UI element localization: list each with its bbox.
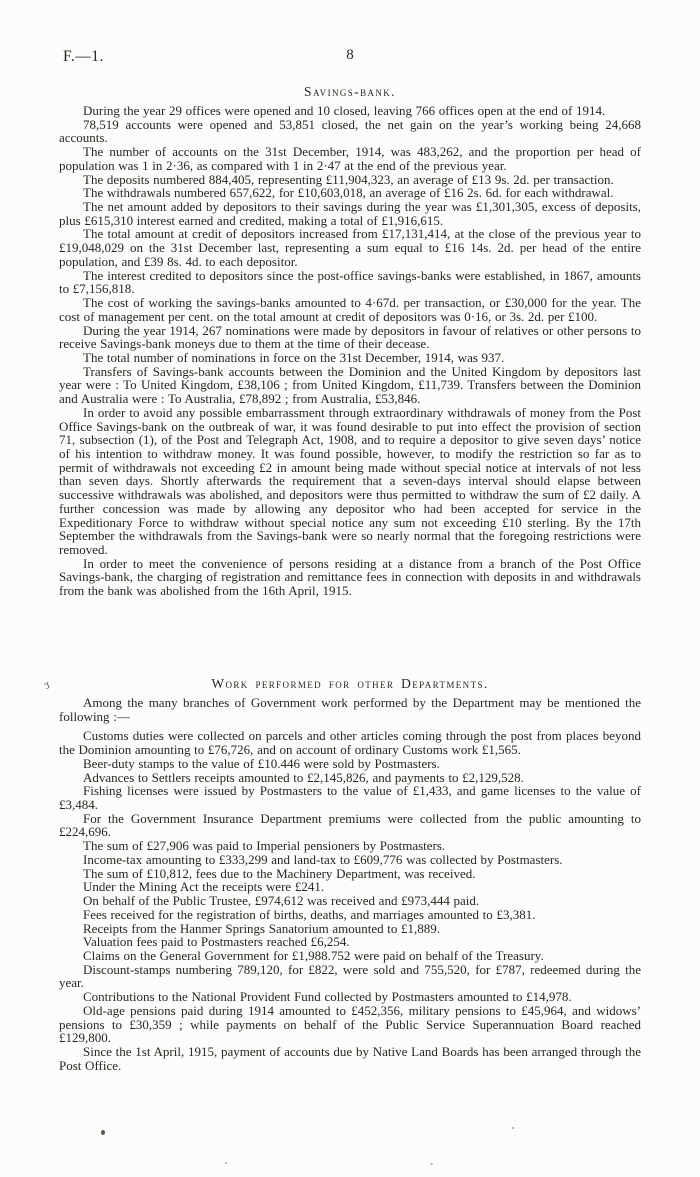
paragraph: The withdrawals numbered 657,622, for £1… — [59, 186, 641, 200]
scan-speck — [430, 1163, 433, 1165]
paragraph: In order to meet the convenience of pers… — [59, 557, 641, 598]
paragraph: In order to avoid any possible embarrass… — [59, 406, 641, 557]
paragraph: During the year 1914, 267 nominations we… — [59, 324, 641, 351]
paragraph: Customs duties were collected on parcels… — [59, 729, 641, 756]
paragraph: Income-tax amounting to £333,299 and lan… — [59, 853, 641, 867]
section-heading-savings-bank: Savings-bank. — [59, 85, 641, 99]
paragraph: Since the 1st April, 1915, payment of ac… — [59, 1045, 641, 1072]
scan-speck — [101, 1130, 105, 1135]
paragraph: The total amount at credit of depositors… — [59, 227, 641, 268]
paragraph: Contributions to the National Provident … — [59, 990, 641, 1004]
margin-ink-mark: ·ʒ — [42, 679, 49, 690]
department-work-paragraphs: Customs duties were collected on parcels… — [59, 729, 641, 1072]
section-savings-bank: Savings-bank. During the year 29 offices… — [59, 85, 641, 598]
intro-paragraph: Among the many branches of Government wo… — [59, 696, 641, 723]
savings-bank-paragraphs: During the year 29 offices were opened a… — [59, 104, 641, 598]
paragraph: The sum of £27,906 was paid to Imperial … — [59, 839, 641, 853]
paragraph: The interest credited to depositors sinc… — [59, 269, 641, 296]
paragraph: The total number of nominations in force… — [59, 351, 641, 365]
paragraph: Receipts from the Hanmer Springs Sanator… — [59, 922, 641, 936]
paragraph: The deposits numbered 884,405, represent… — [59, 173, 641, 187]
section-work-for-other-departments: Work performed for other Departments. Am… — [59, 677, 641, 1072]
paragraph: Claims on the General Government for £1,… — [59, 949, 641, 963]
paragraph: Discount-stamps numbering 789,120, for £… — [59, 963, 641, 990]
paragraph: For the Government Insurance Department … — [59, 812, 641, 839]
paragraph: Advances to Settlers receipts amounted t… — [59, 771, 641, 785]
paragraph: Under the Mining Act the receipts were £… — [59, 880, 641, 894]
page-number: 8 — [0, 47, 700, 64]
paragraph: Transfers of Savings-bank accounts betwe… — [59, 365, 641, 406]
paragraph: 78,519 accounts were opened and 53,851 c… — [59, 118, 641, 145]
section-heading-work-performed: Work performed for other Departments. — [59, 677, 641, 691]
scan-speck — [512, 1127, 514, 1129]
paragraph: Fishing licenses were issued by Postmast… — [59, 784, 641, 811]
paragraph: The sum of £10,812, fees due to the Mach… — [59, 867, 641, 881]
paragraph: During the year 29 offices were opened a… — [59, 104, 641, 118]
paragraph: The number of accounts on the 31st Decem… — [59, 145, 641, 172]
paragraph: The cost of working the savings-banks am… — [59, 296, 641, 323]
scan-speck — [225, 1162, 227, 1164]
paragraph: Beer-duty stamps to the value of £10.446… — [59, 757, 641, 771]
paragraph: On behalf of the Public Trustee, £974,61… — [59, 894, 641, 908]
paragraph: Valuation fees paid to Postmasters reach… — [59, 935, 641, 949]
paragraph: Fees received for the registration of bi… — [59, 908, 641, 922]
paragraph: The net amount added by depositors to th… — [59, 200, 641, 227]
paragraph: Old-age pensions paid during 1914 amount… — [59, 1004, 641, 1045]
document-page: F.—1. 8 Savings-bank. During the year 29… — [0, 0, 700, 1177]
